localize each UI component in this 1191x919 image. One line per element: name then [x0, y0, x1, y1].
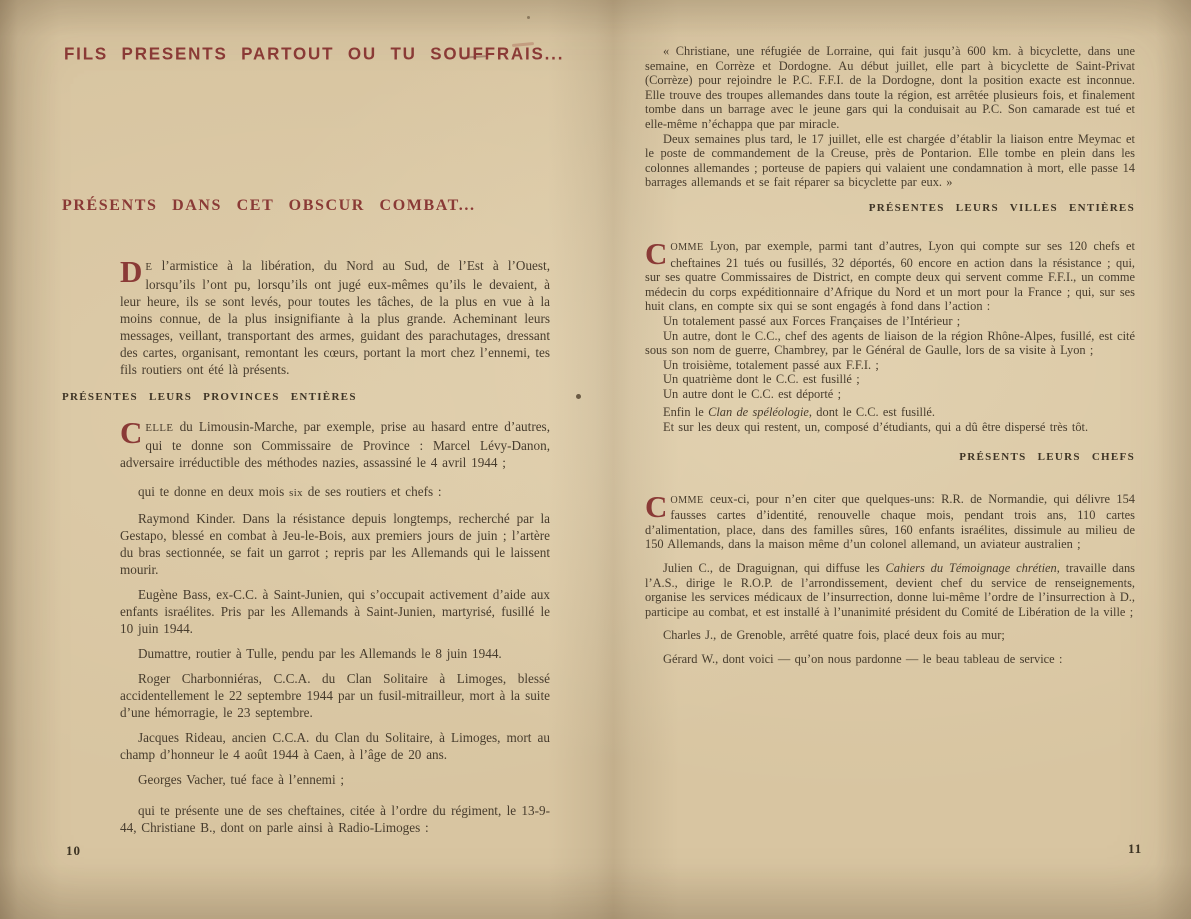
left-text-column: DE l’armistice à la libération, du Nord … — [120, 257, 550, 836]
paragraph-text: ceux-ci, pour n’en citer que quelques-un… — [645, 492, 1135, 552]
italic-journal-name: Cahiers du Témoignage chrétien — [886, 561, 1057, 575]
paragraph-christiane-quote-1: « Christiane, une réfugiée de Lorraine, … — [645, 44, 1135, 132]
page-number-left: 10 — [66, 843, 81, 859]
paragraph-text: l’armistice à la libération, du Nord au … — [120, 258, 550, 377]
paragraph-text: Julien C., de Draguignan, qui diffuse le… — [663, 561, 886, 575]
paragraph-text: du Limousin-Marche, par exemple, prise a… — [120, 419, 550, 470]
paragraph-intro: DE l’armistice à la libération, du Nord … — [120, 257, 550, 378]
small-caps-word: six — [289, 487, 303, 499]
list-item-clan-5: Un autre dont le C.C. est déporté ; — [645, 387, 1135, 402]
paragraph-enfin: Enfin le Clan de spéléologie, dont le C.… — [645, 405, 1135, 420]
list-item-clan-2: Un autre, dont le C.C., chef des agents … — [645, 329, 1135, 358]
book-spread: FILS PRESENTS PARTOUT OU TU SOUFFRAIS...… — [0, 0, 1191, 919]
paragraph-text: Enfin le — [663, 405, 708, 419]
paragraph-gerard: Gérard W., dont voici — qu’on nous pardo… — [645, 652, 1135, 667]
paragraph-text: de ses routiers et chefs : — [303, 484, 442, 499]
page-left: FILS PRESENTS PARTOUT OU TU SOUFFRAIS...… — [0, 0, 600, 919]
paragraph-rideau: Jacques Rideau, ancien C.C.A. du Clan du… — [120, 729, 550, 763]
drop-cap: C — [120, 420, 142, 446]
paragraph-kinder: Raymond Kinder. Dans la résistance depui… — [120, 510, 550, 578]
paragraph-julien: Julien C., de Draguignan, qui diffuse le… — [645, 561, 1135, 619]
run-header-villes: PRÉSENTES LEURS VILLES ENTIÈRES — [645, 202, 1135, 215]
paragraph-cheftaine: qui te présente une de ses cheftaines, c… — [120, 802, 550, 836]
paragraph-charles: Charles J., de Grenoble, arrêté quatre f… — [645, 628, 1135, 643]
paragraph-dumattre: Dumattre, routier à Tulle, pendu par les… — [120, 645, 550, 662]
italic-clan-name: Clan de spéléologie — [708, 405, 809, 419]
paragraph-ceux: COMME ceux-ci, pour n’en citer que quelq… — [645, 492, 1135, 552]
paragraph-charbonnieras: Roger Charbonniéras, C.C.A. du Clan Soli… — [120, 670, 550, 721]
paragraph-text: Lyon, par exemple, parmi tant d’autres, … — [645, 239, 1135, 313]
list-item-clan-4: Un quatrième dont le C.C. est fusillé ; — [645, 372, 1135, 387]
lead-small-caps: OMME — [670, 495, 703, 506]
lead-small-caps: ELLE — [145, 422, 173, 434]
list-item-clan-3: Un troisième, totalement passé aux F.F.I… — [645, 358, 1135, 373]
right-text-column: « Christiane, une réfugiée de Lorraine, … — [645, 44, 1135, 667]
drop-cap: C — [645, 241, 667, 267]
paragraph-lyon: COMME Lyon, par exemple, parmi tant d’au… — [645, 239, 1135, 314]
paragraph-qui-donne: qui te donne en deux mois six de ses rou… — [120, 483, 550, 502]
paragraph-bass: Eugène Bass, ex-C.C. à Saint-Junien, qui… — [120, 586, 550, 637]
page-right: « Christiane, une réfugiée de Lorraine, … — [600, 0, 1191, 919]
drop-cap: C — [645, 494, 667, 520]
list-item-clan-1: Un totalement passé aux Forces Française… — [645, 314, 1135, 329]
drop-cap: D — [120, 259, 142, 285]
paragraph-etsur: Et sur les deux qui restent, un, composé… — [645, 420, 1135, 435]
chapter-subtitle: PRÉSENTS DANS CET OBSCUR COMBAT... — [62, 197, 476, 215]
paragraph-christiane-quote-2: Deux semaines plus tard, le 17 juillet, … — [645, 132, 1135, 190]
run-header-provinces: PRÉSENTES LEURS PROVINCES ENTIÈRES — [62, 391, 550, 404]
page-number-right: 11 — [1128, 841, 1142, 857]
run-header-chefs: PRÉSENTS LEURS CHEFS — [645, 451, 1135, 464]
paragraph-vacher: Georges Vacher, tué face à l’ennemi ; — [120, 771, 550, 788]
paragraph-celle: CELLE du Limousin-Marche, par exemple, p… — [120, 418, 550, 471]
paragraph-text: qui te donne en deux mois — [138, 484, 289, 499]
paragraph-text: , dont le C.C. est fusillé. — [809, 405, 935, 419]
lead-small-caps: OMME — [670, 242, 703, 253]
chapter-title: FILS PRESENTS PARTOUT OU TU SOUFFRAIS... — [64, 44, 564, 65]
